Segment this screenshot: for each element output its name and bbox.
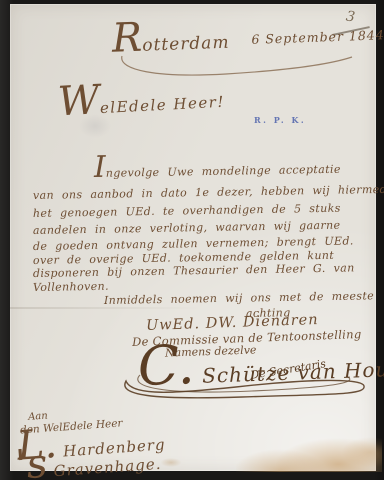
dateline: Rotterdam 6 September 1844	[112, 19, 384, 56]
date-text: 6 September 1844	[251, 27, 384, 52]
pen-flourish-swash	[116, 54, 356, 82]
body-line: Ingevolge Uwe mondelinge acceptatie	[94, 157, 341, 180]
collection-stamp: R. P. K.	[254, 115, 306, 125]
signature-flourish	[116, 369, 372, 403]
address-line: 's Gravenhage.	[15, 446, 162, 480]
body-line: het genoegen UEd. te overhandigen de 5 s…	[33, 202, 341, 220]
fold-crease	[10, 307, 200, 309]
place-name: Rotterdam	[112, 25, 230, 57]
scanned-letter: 3 Rotterdam 6 September 1844 R. P. K. We…	[0, 0, 384, 480]
foxing-stain-small	[156, 456, 186, 469]
body-line: van ons aanbod in dato 1e dezer, hebben …	[33, 183, 384, 202]
foxing-stain	[236, 420, 382, 472]
body-line: aandelen in onze verloting, waarvan wij …	[33, 219, 341, 237]
closing-line: Inmiddels noemen wij ons met de meeste	[104, 289, 374, 307]
paper-sheet: 3 Rotterdam 6 September 1844 R. P. K. We…	[10, 4, 376, 471]
body-line: Vollenhoven.	[33, 280, 109, 294]
salutation: WelEdele Heer!	[57, 84, 225, 120]
